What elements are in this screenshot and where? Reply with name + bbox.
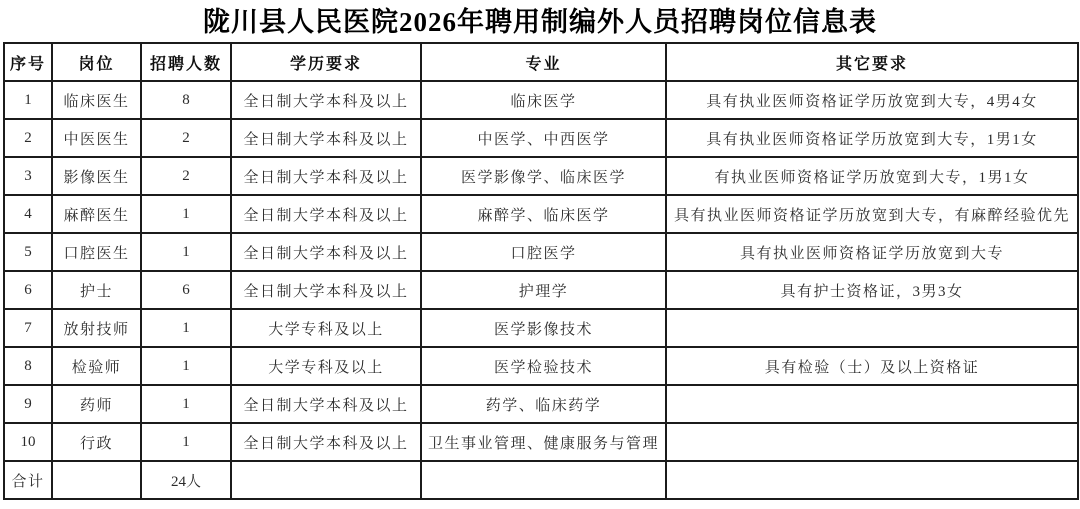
cell-count: 2 (141, 119, 231, 157)
cell-seq: 4 (4, 195, 52, 233)
header-seq: 序号 (4, 43, 52, 81)
cell-other: 具有执业医师资格证学历放宽到大专，有麻醉经验优先 (666, 195, 1078, 233)
cell-count: 6 (141, 271, 231, 309)
cell-seq: 5 (4, 233, 52, 271)
cell-education: 全日制大学本科及以上 (231, 195, 421, 233)
cell-major: 护理学 (421, 271, 666, 309)
cell-count: 1 (141, 347, 231, 385)
cell-education: 大学专科及以上 (231, 347, 421, 385)
cell-seq: 6 (4, 271, 52, 309)
cell-count: 1 (141, 385, 231, 423)
cell-major: 口腔医学 (421, 233, 666, 271)
cell-position: 放射技师 (52, 309, 141, 347)
cell-position: 药师 (52, 385, 141, 423)
cell-seq: 10 (4, 423, 52, 461)
cell-other: 具有执业医师资格证学历放宽到大专 (666, 233, 1078, 271)
table-row: 10行政1全日制大学本科及以上卫生事业管理、健康服务与管理 (4, 423, 1078, 461)
cell-major: 医学影像学、临床医学 (421, 157, 666, 195)
cell-education: 全日制大学本科及以上 (231, 385, 421, 423)
cell-major: 医学检验技术 (421, 347, 666, 385)
recruitment-table: 序号 岗位 招聘人数 学历要求 专业 其它要求 1临床医生8全日制大学本科及以上… (3, 42, 1079, 500)
cell-other (666, 423, 1078, 461)
cell-seq: 8 (4, 347, 52, 385)
cell-other: 具有护士资格证，3男3女 (666, 271, 1078, 309)
cell-position: 行政 (52, 423, 141, 461)
cell-position: 麻醉医生 (52, 195, 141, 233)
cell-position: 影像医生 (52, 157, 141, 195)
summary-position (52, 461, 141, 499)
page: 陇川县人民医院2026年聘用制编外人员招聘岗位信息表 序号 岗位 招聘人数 学历… (0, 0, 1080, 509)
cell-position: 护士 (52, 271, 141, 309)
cell-count: 1 (141, 195, 231, 233)
summary-major (421, 461, 666, 499)
cell-count: 2 (141, 157, 231, 195)
cell-position: 中医医生 (52, 119, 141, 157)
cell-seq: 2 (4, 119, 52, 157)
cell-major: 医学影像技术 (421, 309, 666, 347)
cell-seq: 9 (4, 385, 52, 423)
cell-count: 1 (141, 423, 231, 461)
header-position: 岗位 (52, 43, 141, 81)
cell-count: 8 (141, 81, 231, 119)
cell-education: 全日制大学本科及以上 (231, 233, 421, 271)
cell-other: 具有执业医师资格证学历放宽到大专，1男1女 (666, 119, 1078, 157)
cell-other: 具有检验（士）及以上资格证 (666, 347, 1078, 385)
table-row: 4麻醉医生1全日制大学本科及以上麻醉学、临床医学具有执业医师资格证学历放宽到大专… (4, 195, 1078, 233)
cell-education: 全日制大学本科及以上 (231, 271, 421, 309)
cell-position: 检验师 (52, 347, 141, 385)
cell-other (666, 309, 1078, 347)
summary-label: 合计 (4, 461, 52, 499)
header-major: 专业 (421, 43, 666, 81)
cell-seq: 1 (4, 81, 52, 119)
cell-education: 全日制大学本科及以上 (231, 423, 421, 461)
table-row: 7放射技师1大学专科及以上医学影像技术 (4, 309, 1078, 347)
table-row: 1临床医生8全日制大学本科及以上临床医学具有执业医师资格证学历放宽到大专，4男4… (4, 81, 1078, 119)
cell-major: 中医学、中西医学 (421, 119, 666, 157)
cell-education: 大学专科及以上 (231, 309, 421, 347)
cell-count: 1 (141, 233, 231, 271)
cell-major: 药学、临床药学 (421, 385, 666, 423)
header-education: 学历要求 (231, 43, 421, 81)
table-row: 8检验师1大学专科及以上医学检验技术具有检验（士）及以上资格证 (4, 347, 1078, 385)
header-row: 序号 岗位 招聘人数 学历要求 专业 其它要求 (4, 43, 1078, 81)
header-other: 其它要求 (666, 43, 1078, 81)
table-row: 6护士6全日制大学本科及以上护理学具有护士资格证，3男3女 (4, 271, 1078, 309)
table-row: 2中医医生2全日制大学本科及以上中医学、中西医学具有执业医师资格证学历放宽到大专… (4, 119, 1078, 157)
cell-education: 全日制大学本科及以上 (231, 119, 421, 157)
cell-major: 临床医学 (421, 81, 666, 119)
page-title: 陇川县人民医院2026年聘用制编外人员招聘岗位信息表 (0, 0, 1080, 42)
cell-other: 具有执业医师资格证学历放宽到大专，4男4女 (666, 81, 1078, 119)
cell-major: 卫生事业管理、健康服务与管理 (421, 423, 666, 461)
table-row: 9药师1全日制大学本科及以上药学、临床药学 (4, 385, 1078, 423)
table-row: 3影像医生2全日制大学本科及以上医学影像学、临床医学有执业医师资格证学历放宽到大… (4, 157, 1078, 195)
summary-row: 合计 24人 (4, 461, 1078, 499)
cell-education: 全日制大学本科及以上 (231, 157, 421, 195)
cell-seq: 7 (4, 309, 52, 347)
summary-total: 24人 (141, 461, 231, 499)
cell-position: 口腔医生 (52, 233, 141, 271)
cell-count: 1 (141, 309, 231, 347)
cell-seq: 3 (4, 157, 52, 195)
summary-education (231, 461, 421, 499)
cell-education: 全日制大学本科及以上 (231, 81, 421, 119)
header-count: 招聘人数 (141, 43, 231, 81)
summary-other (666, 461, 1078, 499)
table-row: 5口腔医生1全日制大学本科及以上口腔医学具有执业医师资格证学历放宽到大专 (4, 233, 1078, 271)
cell-major: 麻醉学、临床医学 (421, 195, 666, 233)
cell-position: 临床医生 (52, 81, 141, 119)
cell-other (666, 385, 1078, 423)
cell-other: 有执业医师资格证学历放宽到大专，1男1女 (666, 157, 1078, 195)
